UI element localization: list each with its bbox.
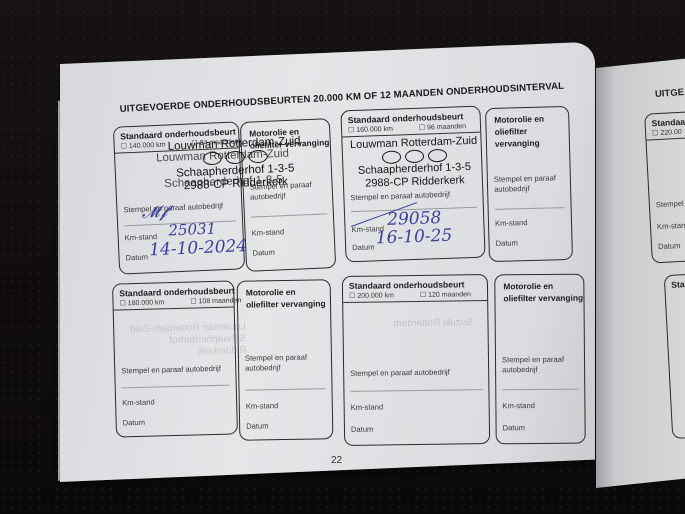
stamp-label: Stempel en paraaf autobedrijf bbox=[350, 368, 450, 378]
stamp-label: Stempel en paraaf autobedrijf bbox=[350, 190, 450, 202]
months-checkbox[interactable]: ☐ 120 maanden bbox=[420, 291, 483, 299]
dealer-stamp-2: Louwman Rotterdam-Zuid Schaapherderhof 1… bbox=[346, 135, 482, 192]
stamp-label: Stempel en paraafautobedrijf bbox=[502, 355, 564, 376]
date-label: Datum bbox=[658, 241, 681, 251]
date-label: Datum bbox=[123, 418, 146, 428]
card-title: Standaard onderhoudsbeurt bbox=[349, 279, 465, 291]
date-label: Datum bbox=[503, 423, 525, 432]
stamp-label: Stempel en paraaf autobedrijf bbox=[121, 364, 221, 376]
km-label: Km-stand bbox=[502, 401, 535, 410]
km-label: Km-stand bbox=[122, 398, 155, 408]
service-card-160000: Standaard onderhoudsbeurt ☐ 160.000 km ☐… bbox=[340, 106, 485, 263]
date-value: 16-10-25 bbox=[376, 226, 453, 249]
km-label: Km-stand bbox=[351, 402, 384, 411]
card-title: Standaard onderhoudsbeurt bbox=[671, 274, 685, 290]
date-label: Datum bbox=[351, 425, 373, 434]
oil-card-2: Motorolie enoliefilter vervanging Stempe… bbox=[485, 106, 573, 262]
stamp-label: Stempel en paraaf autobedrijf bbox=[656, 195, 685, 209]
km-label: Km-stand bbox=[657, 221, 685, 232]
stamp-label: Stempel en paraafautobedrijf bbox=[245, 353, 307, 374]
km-label: Km-stand bbox=[246, 401, 279, 411]
service-card-180000: Standaard onderhoudsbeurt ☐ 180.000 km ☐… bbox=[112, 280, 238, 437]
dealer-stamp-1-overlap: Louwman Rotterdam-Zuid Schaapherderhof 1… bbox=[127, 147, 318, 193]
oil-card-3: Motorolie enoliefilter vervanging Stempe… bbox=[237, 279, 334, 441]
card-title: Motorolie enoliefilter vervanging bbox=[494, 112, 569, 150]
months-checkbox[interactable]: ☐ 96 maanden bbox=[419, 123, 478, 132]
km-checkbox[interactable]: ☐ 200.000 km bbox=[349, 292, 406, 300]
date-label: Datum bbox=[125, 252, 148, 262]
km-checkbox[interactable]: ☐ 160.000 km bbox=[348, 125, 405, 134]
km-label: Km-stand bbox=[251, 227, 284, 237]
date-value: 14-10-2024 bbox=[149, 236, 248, 260]
interval-row: ☐ 200.000 km ☐ 120 maanden bbox=[349, 290, 495, 300]
km-stand-value: 25031 bbox=[168, 219, 216, 239]
stamp-label: Stempel en paraafautobedrijf bbox=[494, 173, 557, 195]
date-label: Datum bbox=[495, 238, 518, 248]
ghost-stamp-2: Suzuki Rotterdam bbox=[393, 317, 473, 330]
date-label: Datum bbox=[352, 242, 375, 252]
km-checkbox[interactable]: ☐ 180.000 km bbox=[119, 299, 176, 307]
interval-row: ☐ 220.00 bbox=[652, 127, 685, 138]
service-card-200000: Standaard onderhoudsbeurt ☐ 200.000 km ☐… bbox=[342, 274, 490, 446]
service-card-220000-partial: Standaard onderhoudsbeurt ☐ 220.00 Stemp… bbox=[644, 110, 685, 263]
card-title: Motorolie enoliefilter vervanging bbox=[503, 280, 583, 305]
card-title: Motorolie enoliefilter vervanging bbox=[246, 285, 326, 310]
stamp-label: Stempel en paraaf autobedrijf bbox=[123, 201, 223, 214]
date-label: Datum bbox=[246, 421, 269, 430]
oil-card-4: Motorolie enoliefilter vervanging Stempe… bbox=[494, 274, 585, 445]
date-label: Datum bbox=[252, 248, 275, 258]
next-page-heading: UITGE bbox=[655, 87, 685, 100]
signature: 𝓜𝓯 bbox=[141, 202, 168, 223]
km-label: Km-stand bbox=[495, 218, 528, 228]
page-number: 22 bbox=[331, 455, 342, 466]
card-title: Standaard onderhoudsbeurt bbox=[651, 112, 685, 128]
ghost-stamp: Louwman Rotterdam-ZuidSchaapherderhofRid… bbox=[130, 321, 247, 360]
